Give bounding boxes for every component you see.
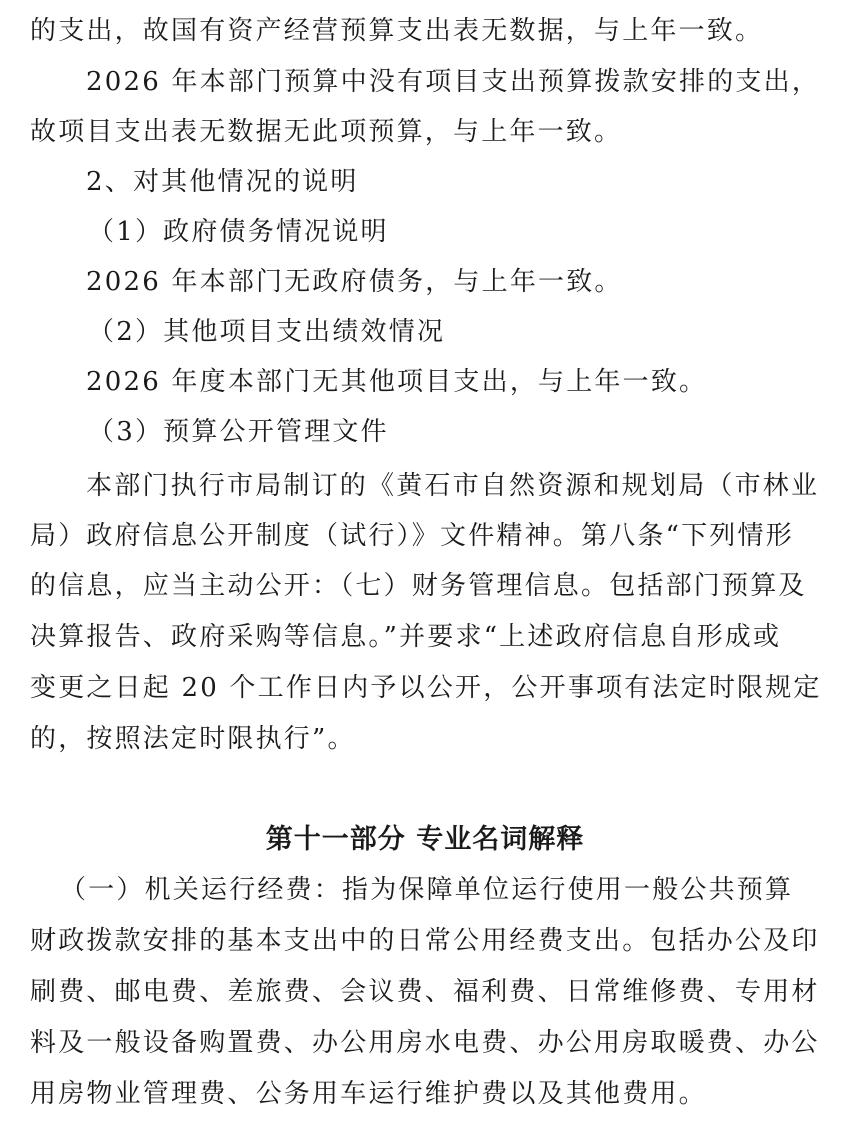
paragraph-line: （一）机关运行经费：指为保障单位运行使用一般公共预算 (60, 873, 850, 907)
paragraph-line: 财政拨款安排的基本支出中的日常公用经费支出。包括办公及印 (30, 924, 830, 958)
paragraph-line: 决算报告、政府采购等信息。”并要求“上述政府信息自形成或 (30, 620, 830, 654)
paragraph-line: 故项目支出表无数据无此项预算，与上年一致。 (30, 115, 830, 149)
paragraph-line: 变更之日起 20 个工作日内予以公开，公开事项有法定时限规定 (30, 671, 830, 705)
paragraph-line: 的支出，故国有资产经营预算支出表无数据，与上年一致。 (30, 14, 830, 48)
item-title: （2）其他项目支出绩效情况 (88, 315, 850, 349)
paragraph-line: 局）政府信息公开制度（试行）》文件精神。第八条“下列情形 (30, 519, 830, 553)
paragraph-line: 料及一般设备购置费、办公用房水电费、办公用房取暖费、办公 (30, 1026, 830, 1060)
paragraph-line: 的信息，应当主动公开：（七）财务管理信息。包括部门预算及 (30, 569, 830, 603)
subsection-title: 2、对其他情况的说明 (86, 165, 850, 199)
item-title: （1）政府债务情况说明 (88, 215, 850, 249)
section-heading: 第十一部分 专业名词解释 (0, 823, 850, 857)
paragraph-line: 的，按照法定时限执行”。 (30, 722, 830, 756)
paragraph-line: 2026 年本部门无政府债务，与上年一致。 (86, 265, 850, 299)
item-title: （3）预算公开管理文件 (88, 415, 850, 449)
paragraph-line: 2026 年本部门预算中没有项目支出预算拨款安排的支出， (86, 65, 850, 99)
document-page: 的支出，故国有资产经营预算支出表无数据，与上年一致。 2026 年本部门预算中没… (0, 0, 850, 1136)
paragraph-line: 用房物业管理费、公务用车运行维护费以及其他费用。 (30, 1077, 830, 1111)
paragraph-line: 刷费、邮电费、差旅费、会议费、福利费、日常维修费、专用材 (30, 975, 830, 1009)
paragraph-line: 本部门执行市局制订的《黄石市自然资源和规划局（市林业 (86, 469, 850, 503)
paragraph-line: 2026 年度本部门无其他项目支出，与上年一致。 (86, 365, 850, 399)
